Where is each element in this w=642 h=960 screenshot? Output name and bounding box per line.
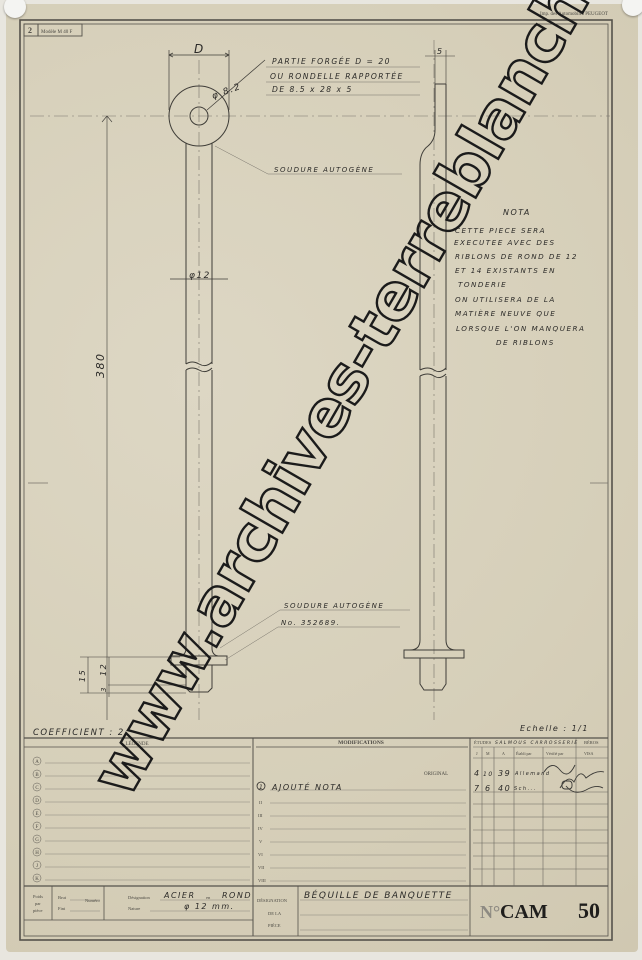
legend-item-a: A (35, 760, 39, 765)
note-weld-bottom-1: SOUDURE AUTOGÈNE (284, 601, 384, 610)
legend-item-c: C (35, 786, 39, 791)
nature-value: φ 12 mm. (184, 902, 235, 911)
model-label: Modèle M 40 F (41, 30, 72, 35)
note-forged-1: PARTIE FORGÉE D = 20 (272, 57, 391, 66)
col-m: M (486, 751, 490, 756)
mod-row-text: AJOUTÉ NOTA (271, 781, 343, 792)
weight-brut: Brut (58, 895, 67, 900)
row2-by: Sch... (514, 786, 537, 792)
legend-item-e: E (35, 812, 38, 817)
studies-right-header: BÉROS (584, 740, 599, 745)
nota-line: LORSQUE L'ON MANQUERA (456, 324, 585, 333)
nota-line: ON UTILISERA DE LA (455, 295, 556, 304)
col-etabli: Établi par (516, 751, 532, 756)
col-visa: VISA (584, 751, 593, 756)
row2-m: 6 (485, 784, 492, 793)
note-forged-3: DE 8.5 x 28 x 5 (272, 85, 353, 94)
note-weld-bottom-2: No. 352689. (281, 619, 340, 627)
mod-row-num: VIII (258, 878, 266, 883)
legend-item-f: F (36, 825, 39, 830)
note-weld-top: SOUDURE AUTOGÈNE (274, 165, 374, 174)
note-forged-2: OU RONDELLE RAPPORTÉE (270, 72, 404, 81)
nota-line: RIBLONS DE ROND DE 12 (455, 252, 578, 261)
scale-label: Echelle : 1/1 (520, 724, 589, 733)
dim-thickness: 5 (437, 47, 444, 56)
nota-line: DE RIBLONS (496, 338, 555, 347)
row1-j: 4 (474, 769, 481, 778)
col-a: A (502, 751, 505, 756)
weight-label: Poids (33, 894, 43, 899)
nota-line: ET 14 EXISTANTS EN (455, 266, 556, 275)
dim-bore: φ 8.2 (211, 82, 243, 102)
legend-item-d: D (35, 799, 39, 804)
signature-icon (544, 765, 604, 792)
mod-row-num: VI (258, 852, 263, 857)
piece-label: DE LA (268, 911, 282, 916)
modifications-title: MODIFICATIONS (338, 740, 384, 746)
row1-by: Allemand (514, 771, 551, 777)
dim-12: 12 (99, 663, 108, 676)
drawing-code: CAM (500, 901, 548, 923)
nota-title: NOTA (503, 208, 531, 217)
mod-row-num: VII (258, 865, 265, 870)
dim-15: 15 (78, 669, 87, 682)
legend-item-b: B (35, 773, 39, 778)
dim-shaft: φ12 (189, 271, 211, 281)
mod-row-num: III (258, 813, 263, 818)
mod-row-num: IV (258, 826, 263, 831)
en-label: en (206, 895, 211, 900)
designation-value: ACIER (163, 891, 196, 900)
row2-j: 7 (474, 784, 481, 793)
mod-row-num: 1 (259, 784, 264, 791)
legend-item-j: J (36, 864, 38, 869)
col-j: J (476, 751, 478, 756)
legend-item-k: K (35, 877, 39, 882)
numero-label: Numéro (85, 898, 100, 903)
col-verifie: Vérifié par (546, 751, 564, 756)
legend-item-g: G (35, 838, 39, 843)
piece-label: DÉSIGNATION (257, 898, 288, 903)
row2-a: 40 (498, 784, 511, 793)
piece-label: PIÈCE (268, 923, 281, 928)
studies-title: ÉTUDES (474, 740, 492, 745)
nature-label: Nature (128, 906, 140, 911)
designation-label: Désignation (128, 895, 150, 900)
nota-line: TONDERIE (458, 280, 507, 289)
studies-department: SALMOUS CARROSSERIE (495, 740, 579, 746)
legend-item-h: H (35, 851, 39, 856)
drawing-prefix: N° (480, 902, 500, 922)
piece-name: BÉQUILLE DE BANQUETTE (304, 889, 453, 901)
dim-d: D (194, 42, 205, 56)
technical-drawing: 2 Modèle M 40 F Imp. des Automobiles PEU… (0, 0, 642, 960)
mod-row-num: II (259, 800, 262, 805)
weight-fini: Fini (58, 906, 66, 911)
dim-length: 380 (94, 353, 107, 379)
row1-a: 39 (498, 769, 511, 778)
sheet-number: 2 (28, 26, 32, 35)
dim-3: 3 (100, 686, 108, 692)
en-value: ROND (222, 891, 252, 900)
watermark: www.archives-terreblanche.fr (78, 0, 642, 808)
mod-row-num: V (259, 839, 263, 844)
weight-label: par (35, 901, 41, 906)
nota-line: MATIÈRE NEUVE QUE (455, 309, 556, 318)
original-label: ORIGINAL (424, 772, 448, 777)
drawing-number: 50 (578, 898, 600, 923)
weight-label: pièce (33, 908, 43, 913)
row1-m: 10 (483, 771, 494, 778)
